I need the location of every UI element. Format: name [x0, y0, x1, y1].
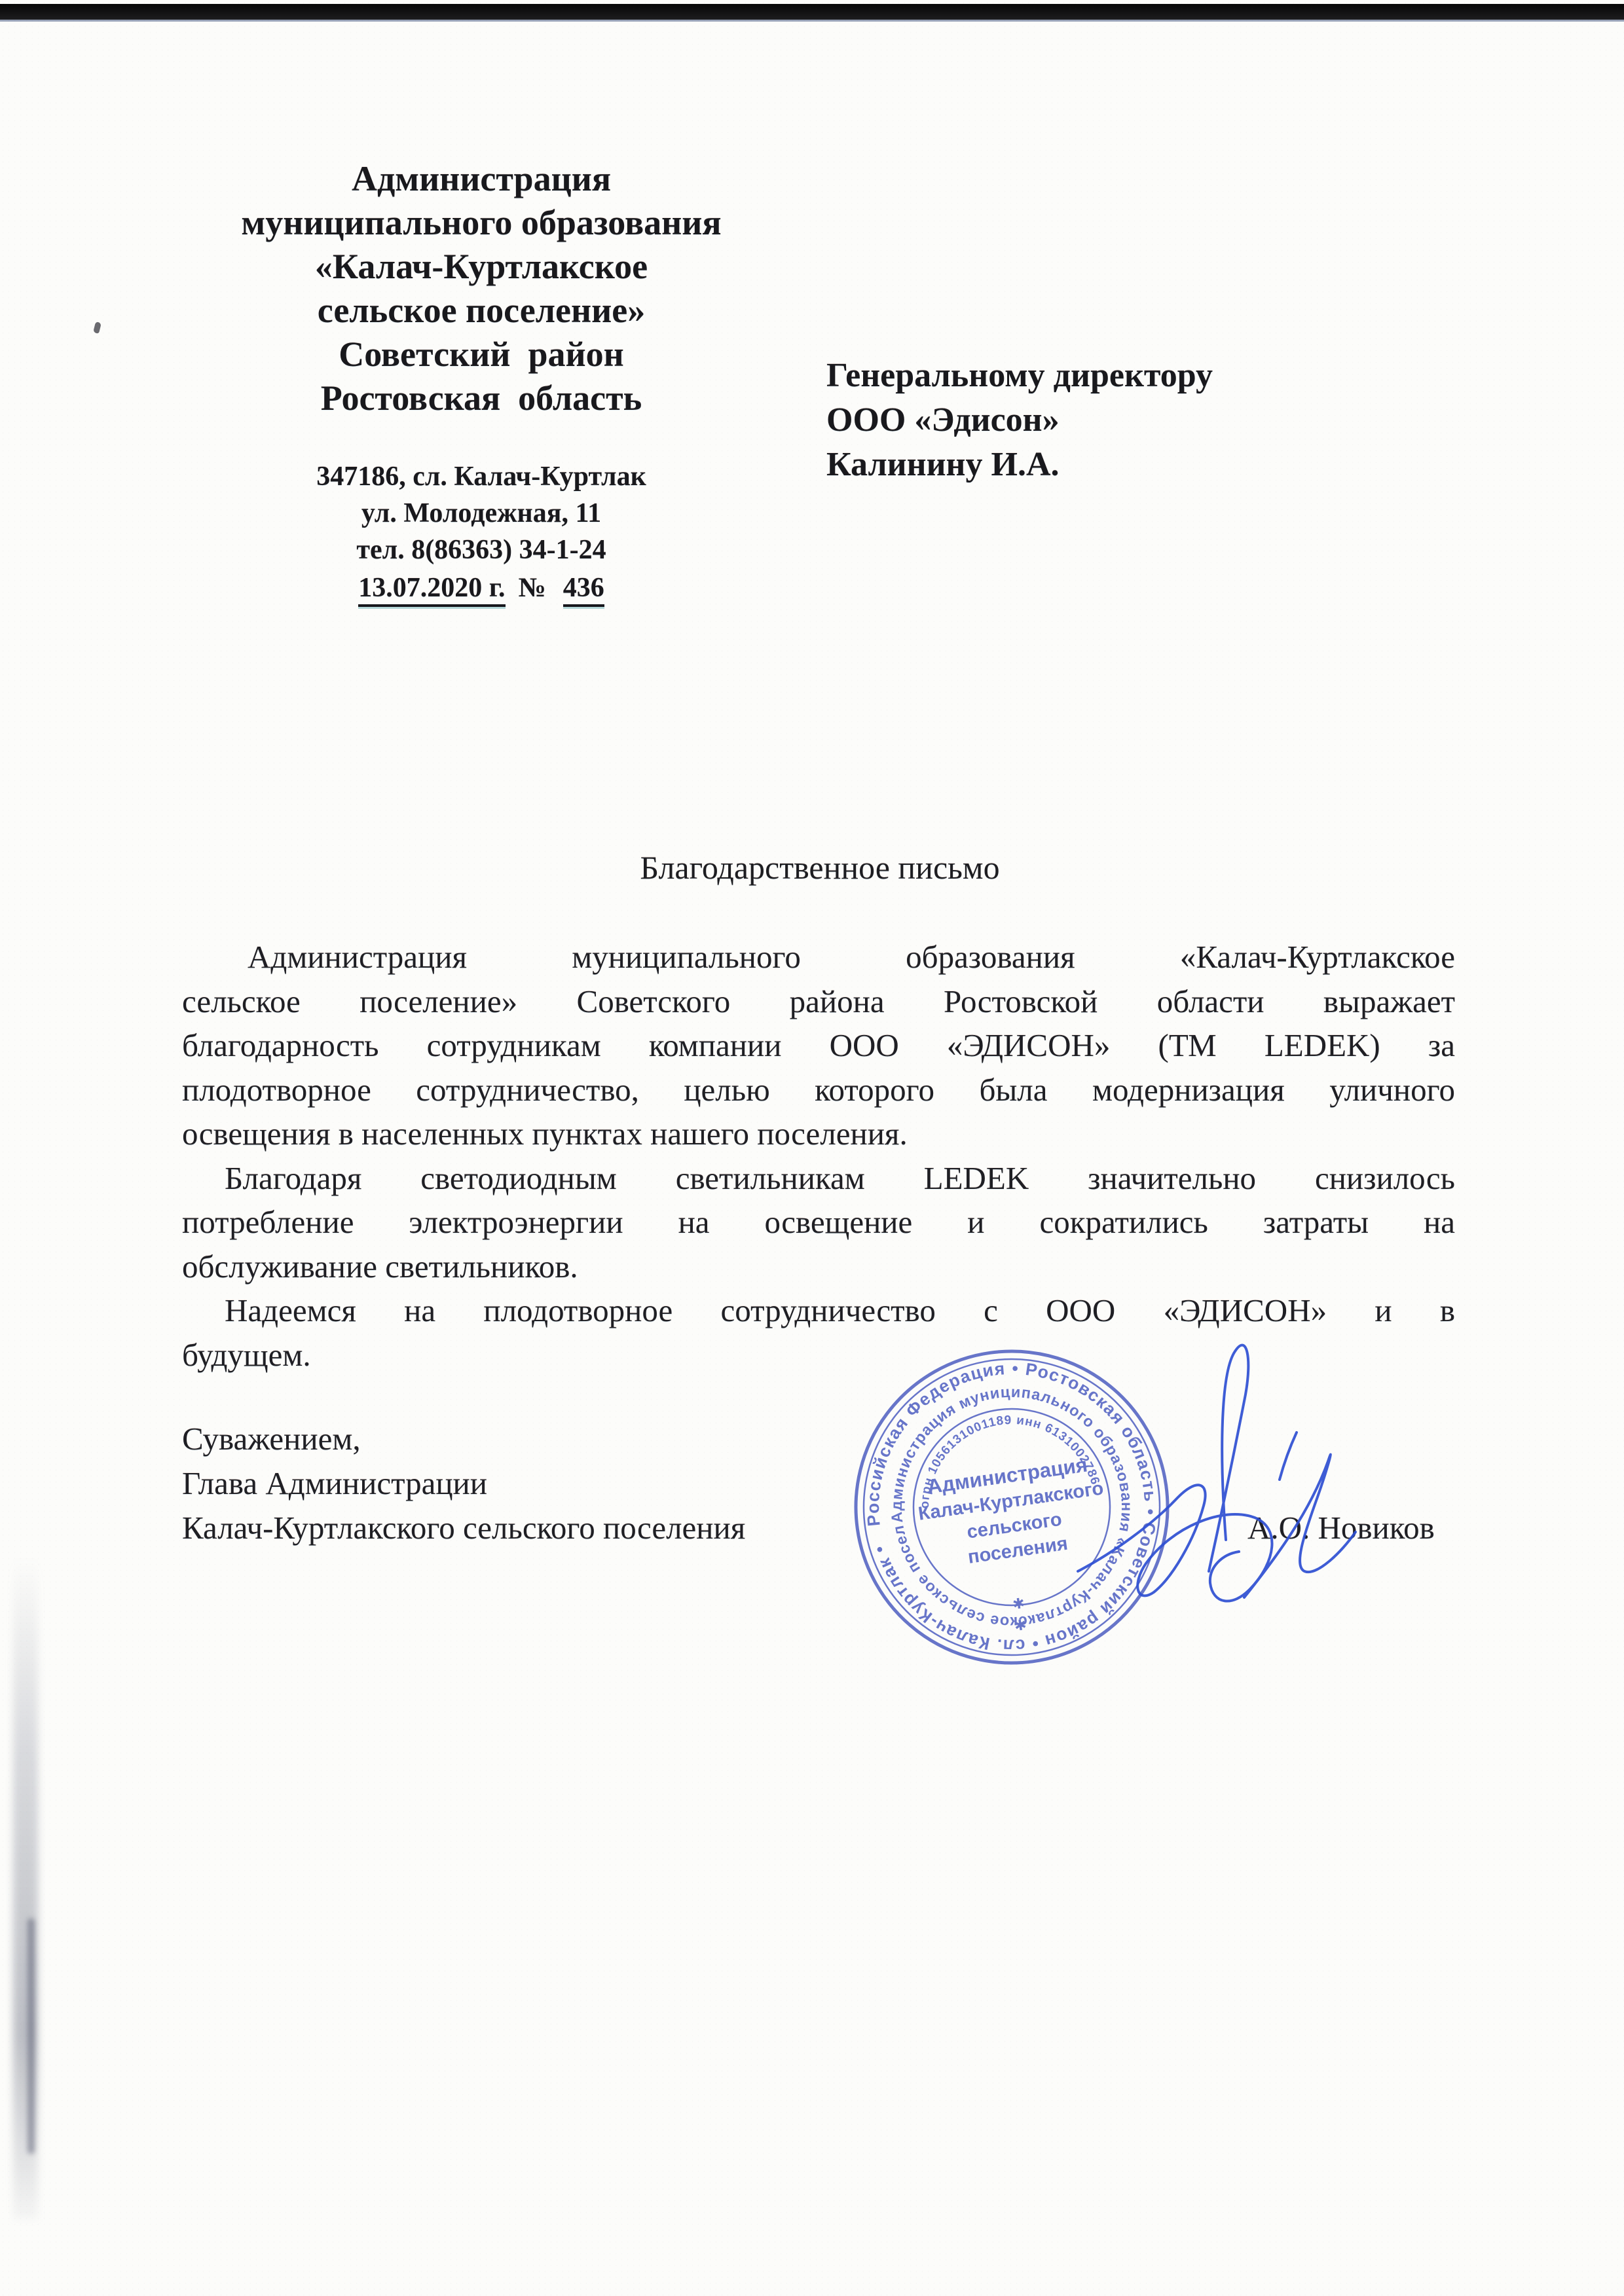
letter-date: 13.07.2020 г.	[358, 573, 505, 607]
org-name-line: муниципального образования	[187, 201, 776, 245]
document-title: Благодарственное письмо	[183, 848, 1456, 886]
letterhead-address: 347186, сл. Калач-Куртлак ул. Молодежная…	[187, 458, 776, 606]
recipient-company: ООО «Эдисон»	[826, 398, 1481, 443]
org-name-line: Администрация	[187, 157, 776, 201]
body-line: благодарность сотрудникам компании ООО «…	[182, 1023, 1455, 1068]
recipient-position: Генеральному директору	[826, 354, 1481, 398]
recipient-block: Генеральному директору ООО «Эдисон» Кали…	[826, 354, 1481, 487]
org-region-line: Ростовская область	[187, 376, 776, 420]
body-line: Благодаря светодиодным светильникам LEDE…	[182, 1156, 1455, 1201]
body-line: плодотворное сотрудничество, целью котор…	[182, 1068, 1455, 1112]
street-address-line: ул. Молодежная, 11	[187, 495, 776, 532]
body-line: потребление электроэнергии на освещение …	[182, 1200, 1455, 1245]
signature-stroke	[1078, 1485, 1272, 1601]
recipient-name: Калинину И.А.	[826, 443, 1481, 487]
stamp-asterisk: ✱	[1012, 1595, 1026, 1613]
body-line: сельское поселение» Советского района Ро…	[182, 979, 1455, 1024]
scan-streak-artifact	[28, 1918, 35, 2154]
phone-line: тел. 8(86363) 34-1-24	[187, 532, 776, 568]
org-name-line: «Калач-Куртлакское	[187, 245, 776, 289]
body-line: Администрация муниципального образования…	[182, 935, 1455, 979]
org-district-line: Советский район	[187, 333, 776, 376]
number-sign: №	[519, 573, 546, 603]
scan-edge-bar	[0, 4, 1624, 22]
handwritten-signature	[1035, 1296, 1401, 1637]
body-line: обслуживание светильников.	[182, 1245, 1455, 1289]
scanned-letter-page: Администрация муниципального образования…	[0, 0, 1624, 2296]
letter-number: 436	[563, 573, 604, 607]
org-name-line: сельское поселение»	[187, 289, 776, 333]
letterhead: Администрация муниципального образования…	[187, 157, 776, 606]
signature-stroke	[1280, 1432, 1297, 1480]
scan-speck-artifact	[93, 321, 101, 334]
body-line: освещения в населенных пунктах нашего по…	[182, 1112, 1455, 1156]
signature-stroke	[1244, 1455, 1356, 1597]
postal-address-line: 347186, сл. Калач-Куртлак	[187, 458, 776, 495]
date-number-line: 13.07.2020 г.№436	[187, 570, 776, 606]
stamp-asterisk: ✱	[1013, 1616, 1027, 1634]
signature-stroke	[1209, 1345, 1248, 1571]
